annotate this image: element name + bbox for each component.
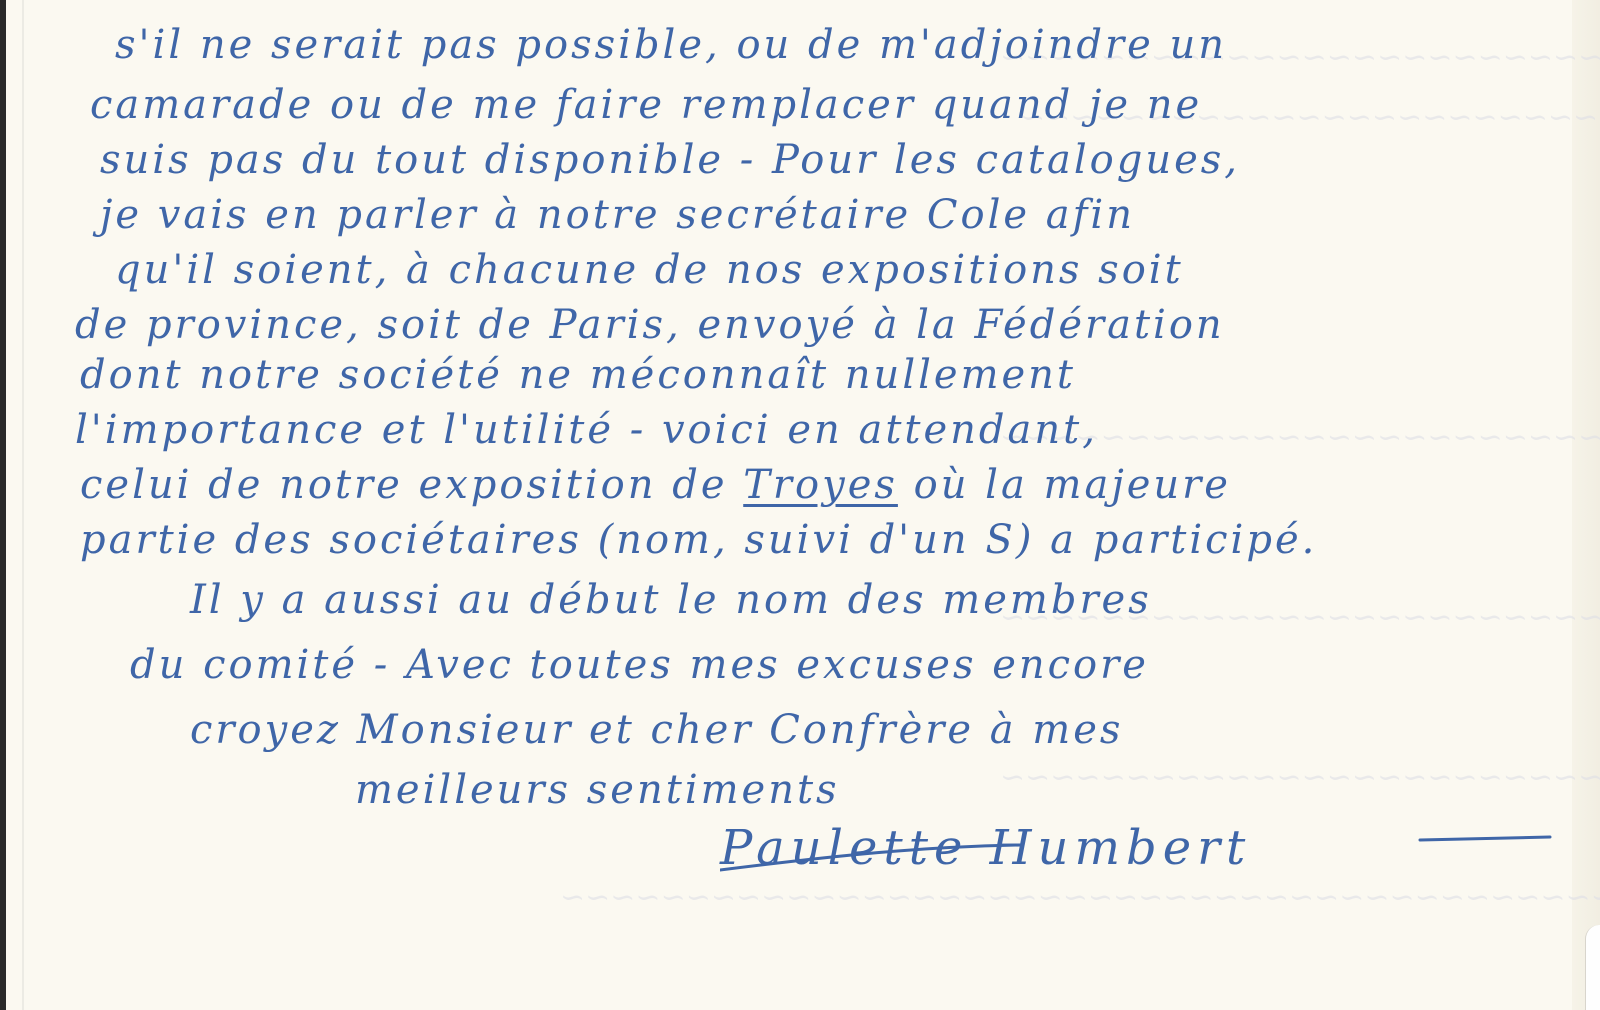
letter-line: qu'il soient, à chacune de nos expositio…	[115, 250, 1184, 290]
letter-line: croyez Monsieur et cher Confrère à mes	[190, 710, 1123, 750]
letter-line: dont notre société ne méconnaît nullemen…	[80, 355, 1076, 395]
letter-line: du comité - Avec toutes mes excuses enco…	[130, 645, 1149, 685]
letter-line: s'il ne serait pas possible, ou de m'adj…	[115, 25, 1227, 65]
underlined-place-name: Troyes	[743, 462, 898, 508]
letter-line: camarade ou de me faire remplacer quand …	[90, 85, 1202, 125]
signature: Paulette Humbert	[720, 820, 1251, 876]
letter-line: de province, soit de Paris, envoyé à la …	[75, 305, 1225, 345]
letter-line: partie des sociétaires (nom, suivi d'un …	[80, 520, 1317, 560]
letter-line: celui de notre exposition de Troyes où l…	[80, 465, 1231, 505]
letter-line: meilleurs sentiments	[355, 770, 840, 810]
scanned-letter-page: ~~~~~~~~~~~~~~~~~~~~~~~~~~~~~~~~~~~~~ ~~…	[0, 0, 1600, 1010]
letter-line: l'importance et l'utilité - voici en att…	[75, 410, 1098, 450]
letter-line: Il y a aussi au début le nom des membres	[190, 580, 1152, 620]
letter-line: suis pas du tout disponible - Pour les c…	[100, 140, 1240, 180]
letter-line: je vais en parler à notre secrétaire Col…	[100, 195, 1135, 235]
